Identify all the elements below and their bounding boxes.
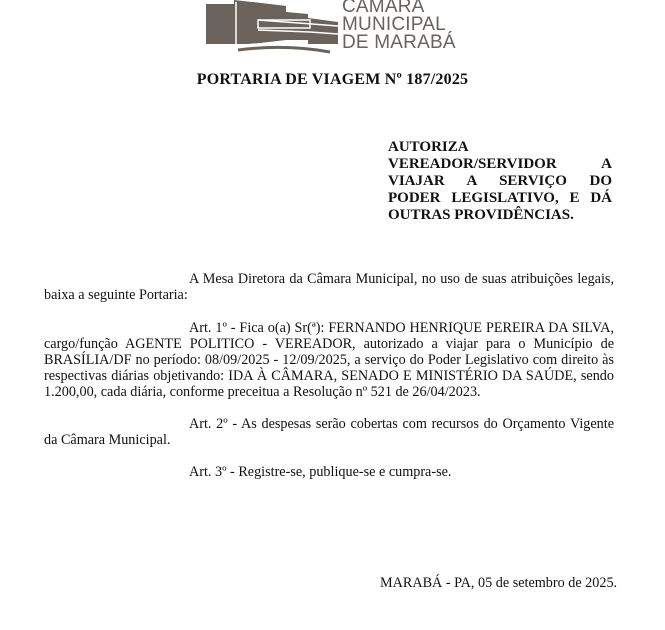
building-logo-icon [204, 0, 340, 56]
document-title: PORTARIA DE VIAGEM Nº 187/2025 [0, 71, 665, 89]
ementa-line: OUTRAS PROVIDÊNCIAS. [388, 207, 612, 224]
article-1-paragraph: Art. 1º - Fica o(a) Sr(ª): FERNANDO HENR… [44, 320, 614, 400]
ementa-line: VEREADOR/SERVIDOR A [388, 156, 612, 173]
ementa-line: VIAJAR A SERVIÇO DO [388, 173, 612, 190]
article-2-paragraph: Art. 2º - As despesas serão cobertas com… [44, 416, 614, 448]
ementa-line: AUTORIZA [388, 139, 612, 156]
article-3-paragraph: Art. 3º - Registre-se, publique-se e cum… [44, 464, 614, 480]
ementa-block: AUTORIZA VEREADOR/SERVIDOR A VIAJAR A SE… [388, 139, 612, 224]
logo-wordmark: CÂMARA MUNICIPAL DE MARABÁ [342, 0, 456, 52]
ementa-line: PODER LEGISLATIVO, E DÁ [388, 190, 612, 207]
camara-logo: CÂMARA MUNICIPAL DE MARABÁ [204, 0, 474, 56]
logo-line-3: DE MARABÁ [342, 34, 456, 52]
place-date: MARABÁ - PA, 05 de setembro de 2025. [380, 575, 617, 592]
preamble-paragraph: A Mesa Diretora da Câmara Municipal, no … [44, 271, 614, 303]
